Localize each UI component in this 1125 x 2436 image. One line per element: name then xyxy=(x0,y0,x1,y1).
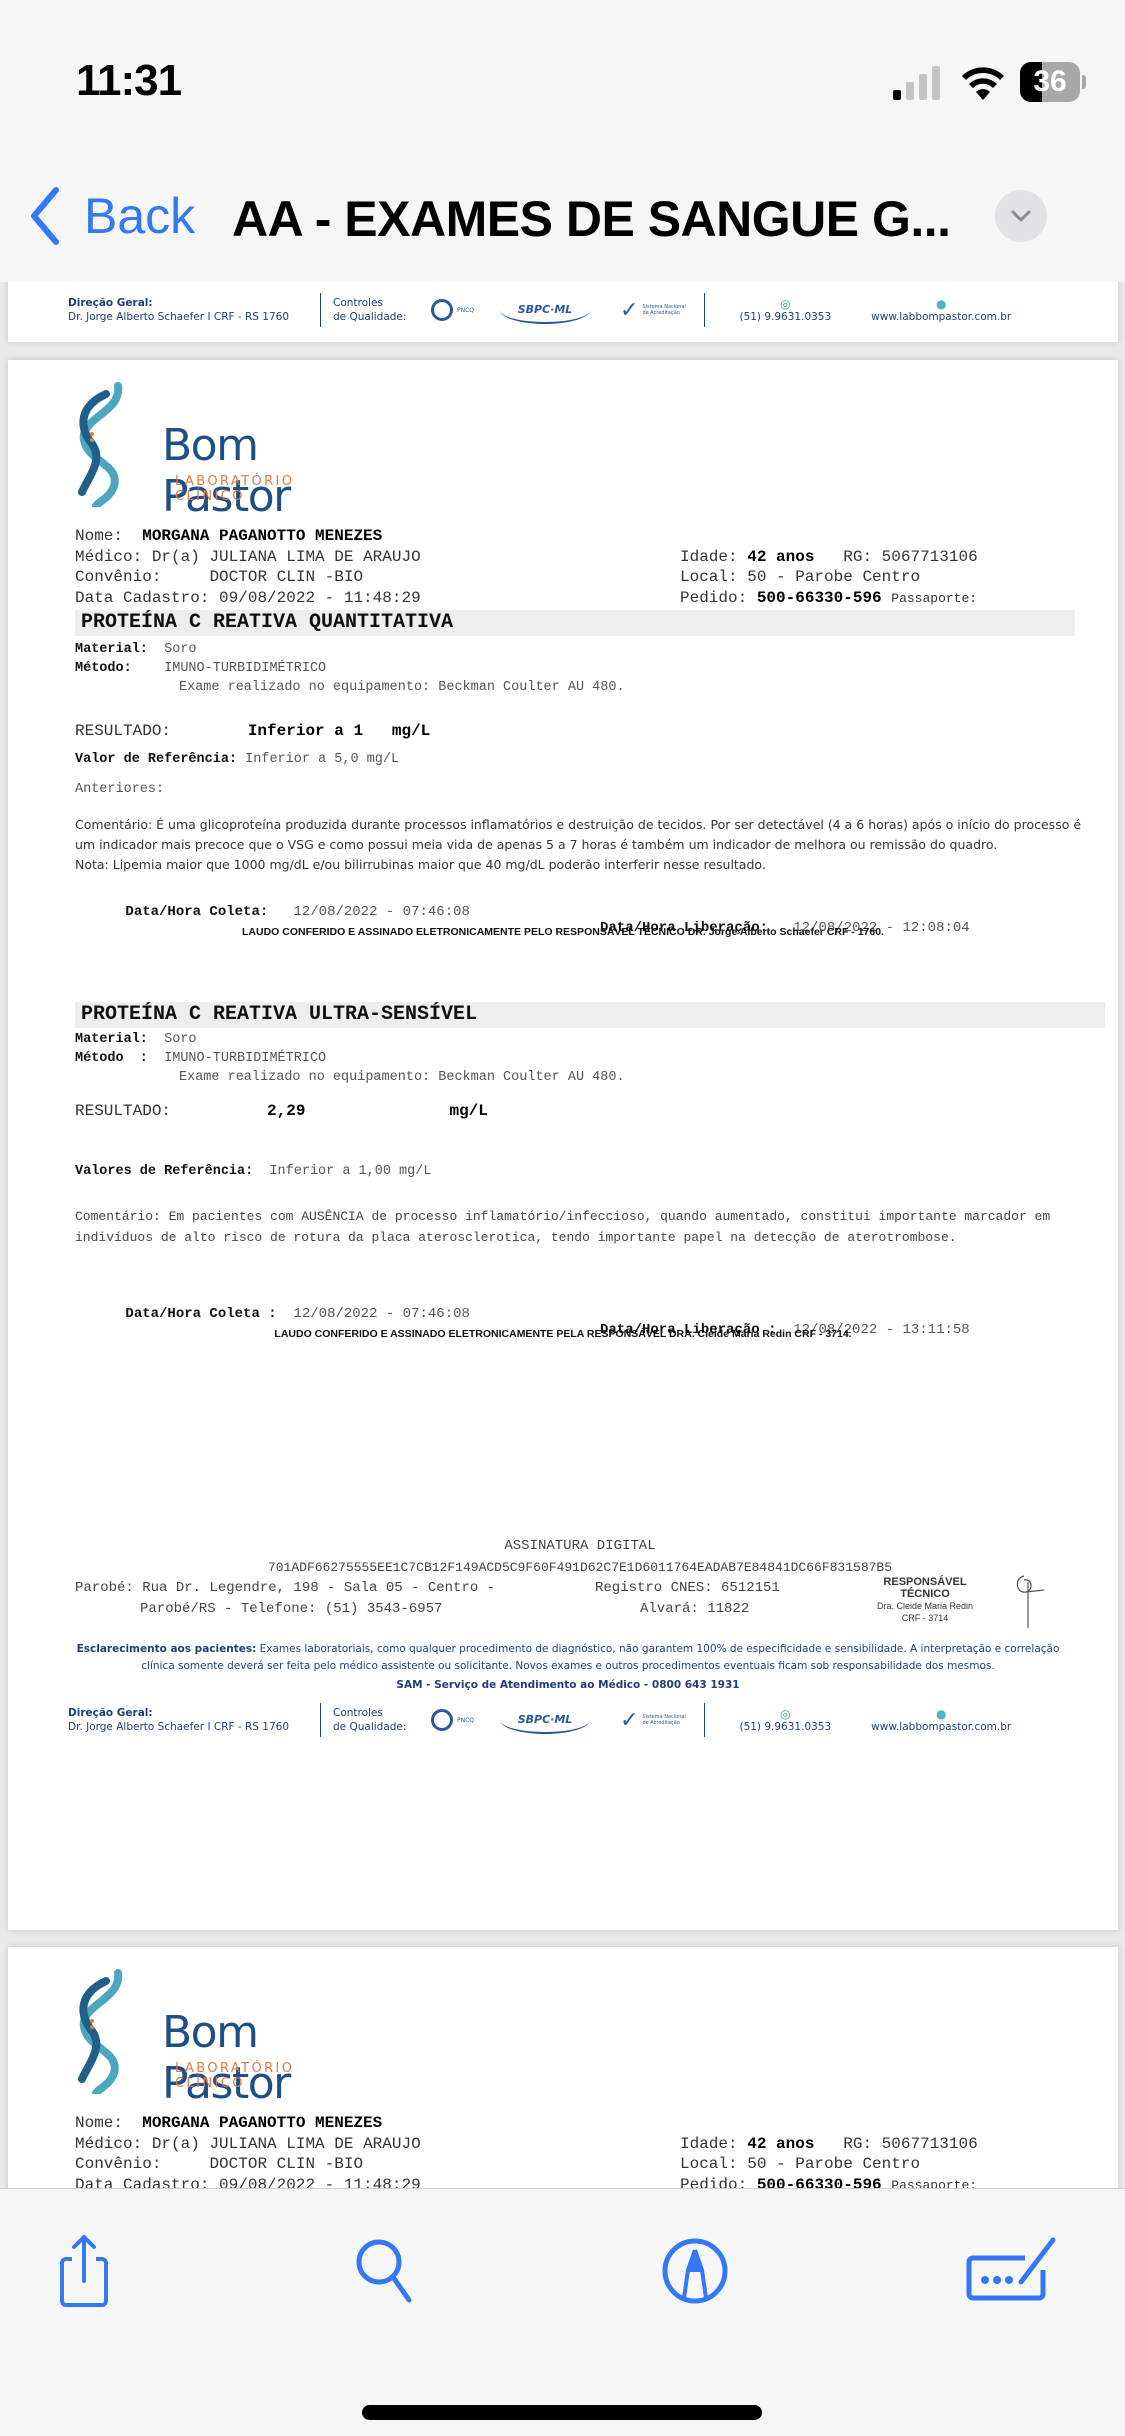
exam-title: PROTEÍNA C REATIVA ULTRA-SENSÍVEL xyxy=(75,1002,1105,1028)
exam-material: Material: Soro xyxy=(75,642,197,657)
exam-signature-note: LAUDO CONFERIDO E ASSINADO ELETRONICAMEN… xyxy=(8,1328,1118,1340)
sam-contact: SAM - Serviço de Atendimento ao Médico -… xyxy=(68,1677,1068,1694)
sbpc-logo: SBPC·ML xyxy=(500,296,590,324)
chevron-left-icon xyxy=(24,184,64,248)
lab-logo: Bom Pastor LABORATÓRIO CLÍNICO xyxy=(70,1969,350,2099)
lab-website[interactable]: www.labbompastor.com.br xyxy=(871,311,1011,323)
back-label: Back xyxy=(84,187,195,245)
pdf-page-previous: Direção Geral:Dr. Jorge Alberto Schaefer… xyxy=(8,282,1118,342)
cellular-signal-icon xyxy=(893,66,941,100)
doctor-name: Dr(a) JULIANA LIMA DE ARAUJO xyxy=(152,548,421,566)
exam-method: Método: IMUNO-TURBIDIMÉTRICO xyxy=(75,661,326,676)
patient-name: MORGANA PAGANOTTO MENEZES xyxy=(142,527,382,545)
battery-tip xyxy=(1082,75,1086,89)
lab-logo: Bom Pastor LABORATÓRIO CLÍNICO xyxy=(70,382,350,512)
exam-comment: Comentário: É uma glicoproteína produzid… xyxy=(75,815,1090,875)
pncq-logo: PNCQ xyxy=(431,1709,474,1731)
exam-signature-note: LAUDO CONFERIDO E ASSINADO ELETRONICAMEN… xyxy=(8,926,1118,938)
search-button[interactable] xyxy=(348,2231,428,2311)
globe-icon: ● xyxy=(871,297,1011,311)
whatsapp-icon: ◎ xyxy=(739,297,831,311)
technical-responsible: RESPONSÁVEL TÉCNICO Dra. Cleide Maria Re… xyxy=(865,1576,985,1624)
title-menu-button[interactable] xyxy=(995,190,1047,242)
lab-subtitle: LABORATÓRIO CLÍNICO xyxy=(175,474,350,504)
fill-sign-icon xyxy=(965,2236,1065,2306)
lab-footer: Direção Geral:Dr. Jorge Alberto Schaefer… xyxy=(68,288,1068,332)
lab-address: Parobé: Rua Dr. Legendre, 198 - Sala 05 … xyxy=(75,1578,495,1599)
exam-title: PROTEÍNA C REATIVA QUANTITATIVA xyxy=(75,610,1075,636)
globe-icon: ● xyxy=(871,1707,1011,1721)
patient-info: Nome: MORGANA PAGANOTTO MENEZES Idade: 4… xyxy=(75,2113,1075,2190)
registration-date: 09/08/2022 - 11:48:29 xyxy=(219,589,421,607)
signature-hash: 701ADF66275555EE1C7CB12F149ACD5C9F60F491… xyxy=(75,1557,1085,1578)
accreditation-logo: ✓Sistema Nacional de Acreditação xyxy=(620,1708,692,1733)
exam-equipment: Exame realizado no equipamento: Beckman … xyxy=(179,680,625,695)
exam-previous: Anteriores: xyxy=(75,782,164,797)
markup-icon xyxy=(660,2236,730,2306)
battery-percent: 36 xyxy=(1020,62,1080,102)
patient-info: Nome: MORGANA PAGANOTTO MENEZES Idade: 4… xyxy=(75,526,1075,608)
navigation-bar: Back AA - EXAMES DE SANGUE G... xyxy=(0,160,1125,280)
whatsapp-icon: ◎ xyxy=(739,1707,831,1721)
exam-reference: Valores de Referência: Inferior a 1,00 m… xyxy=(75,1164,431,1179)
exam-dates: Data/Hora Coleta: 12/08/2022 - 07:46:08 … xyxy=(75,888,1075,952)
document-title[interactable]: AA - EXAMES DE SANGUE G... xyxy=(232,190,951,248)
exam-method: Método : IMUNO-TURBIDIMÉTRICO xyxy=(75,1051,326,1066)
search-icon xyxy=(353,2236,423,2306)
pncq-logo: PNCQ xyxy=(431,299,474,321)
battery-icon: 36 xyxy=(1020,62,1080,102)
markup-button[interactable] xyxy=(655,2231,735,2311)
accreditation-logo: ✓Sistema Nacional de Acreditação xyxy=(620,298,692,323)
bottom-toolbar xyxy=(0,2188,1125,2436)
exam-dates: Data/Hora Coleta : 12/08/2022 - 07:46:08… xyxy=(75,1290,1075,1354)
pdf-page-next: Bom Pastor LABORATÓRIO CLÍNICO Nome: MOR… xyxy=(8,1947,1118,2190)
alvara: Alvará: 11822 xyxy=(640,1599,749,1620)
exam-result: RESULTADO: Inferior a 1 mg/L xyxy=(75,722,430,740)
dna-helix-icon xyxy=(70,382,140,507)
digital-signature: ASSINATURA DIGITAL 701ADF66275555EE1C7CB… xyxy=(75,1536,1085,1628)
back-button[interactable]: Back xyxy=(24,184,195,248)
lab-phone: (51) 9.9631.0353 xyxy=(739,311,831,323)
wifi-icon xyxy=(960,62,1006,102)
direction-label: Direção Geral: xyxy=(68,296,308,310)
exam-material: Material: Soro xyxy=(75,1032,197,1047)
patient-disclaimer: Esclarecimento aos pacientes: Exames lab… xyxy=(68,1641,1068,1694)
lab-address-2: Parobé/RS - Telefone: (51) 3543-6957 xyxy=(140,1599,442,1620)
dna-helix-icon xyxy=(70,1969,140,2094)
exam-equipment: Exame realizado no equipamento: Beckman … xyxy=(179,1070,625,1085)
quality-label-2: de Qualidade: xyxy=(333,310,413,324)
cnes-registry: Registro CNES: 6512151 xyxy=(595,1578,780,1599)
director: Dr. Jorge Alberto Schaefer I CRF - RS 17… xyxy=(68,311,289,323)
share-icon xyxy=(54,2233,114,2309)
handwritten-signature xyxy=(1010,1572,1050,1632)
home-indicator[interactable] xyxy=(362,2405,762,2420)
status-bar: 11:31 36 xyxy=(0,0,1125,150)
pdf-viewer[interactable]: Direção Geral:Dr. Jorge Alberto Schaefer… xyxy=(0,282,1125,2190)
insurance: DOCTOR CLIN -BIO xyxy=(209,568,363,586)
status-time: 11:31 xyxy=(76,56,181,106)
exam-comment: Comentário: Em pacientes com AUSÊNCIA de… xyxy=(75,1206,1090,1248)
lab-footer: Direção Geral:Dr. Jorge Alberto Schaefer… xyxy=(68,1698,1068,1742)
exam-result: RESULTADO: 2,29 mg/L xyxy=(75,1102,488,1120)
fill-and-sign-button[interactable] xyxy=(960,2231,1070,2311)
sbpc-logo: SBPC·ML xyxy=(500,1706,590,1734)
quality-label: Controles xyxy=(333,296,413,310)
chevron-down-icon xyxy=(1010,209,1032,223)
signature-label: ASSINATURA DIGITAL xyxy=(75,1536,1085,1557)
exam-reference: Valor de Referência: Inferior a 5,0 mg/L xyxy=(75,752,399,767)
share-button[interactable] xyxy=(44,2231,124,2311)
lab-name: Bom Pastor xyxy=(162,420,350,522)
pdf-page: Bom Pastor LABORATÓRIO CLÍNICO Nome: MOR… xyxy=(8,360,1118,1930)
